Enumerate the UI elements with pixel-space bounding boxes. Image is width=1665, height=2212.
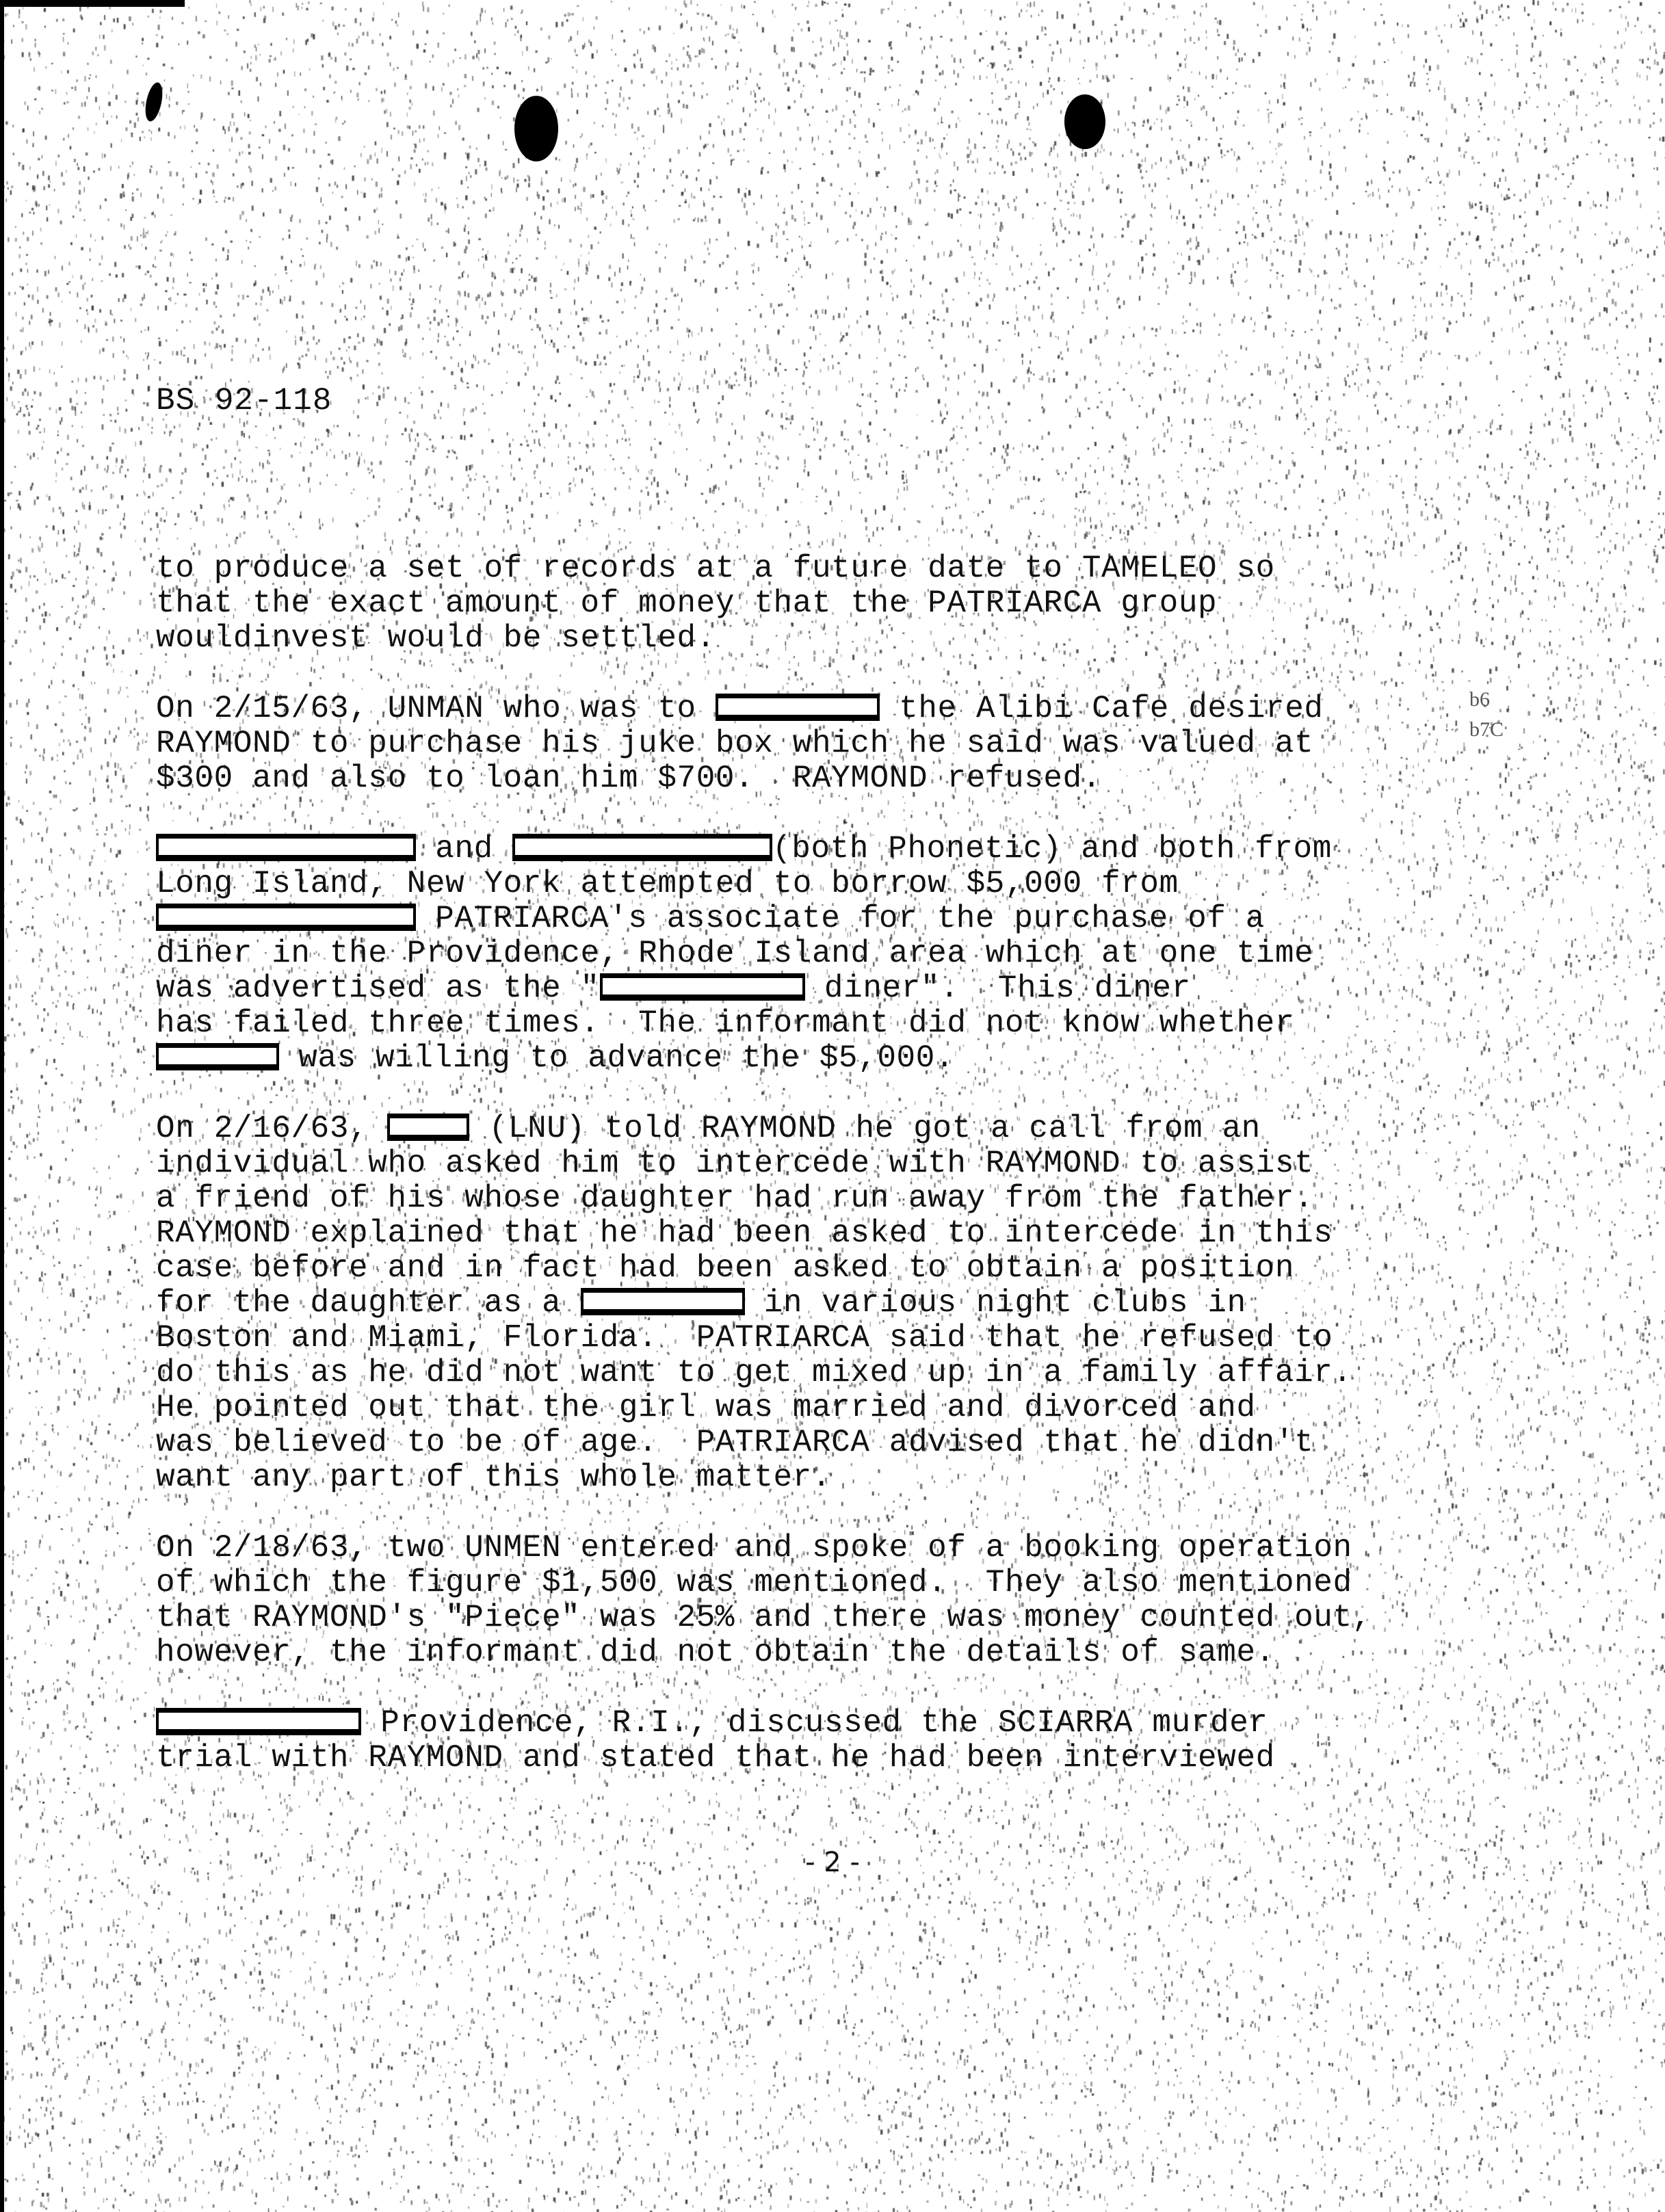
document-body: to produce a set of records at a future … [156, 551, 1456, 1811]
text-line: that RAYMOND's "Piece" was 25% and there… [156, 1601, 1456, 1635]
text-line: however, the informant did not obtain th… [156, 1635, 1456, 1670]
text-segment: (both Phonetic) and both from [772, 831, 1332, 867]
text-line: a friend of his whose daughter had run a… [156, 1181, 1456, 1216]
text-segment: however, the informant did not obtain th… [156, 1635, 1275, 1670]
text-line: was advertised as the " diner". This din… [156, 971, 1456, 1006]
text-line: was willing to advance the $5,000. [156, 1041, 1456, 1076]
text-segment: $300 and also to loan him $700. RAYMOND … [156, 761, 1101, 796]
text-segment: has failed three times. The informant di… [156, 1005, 1294, 1041]
text-segment: individual who asked him to intercede wi… [156, 1146, 1313, 1181]
text-line: Providence, R.I., discussed the SCIARRA … [156, 1706, 1456, 1741]
redaction-box [156, 1708, 361, 1735]
text-line: and (both Phonetic) and both from [156, 832, 1456, 867]
text-segment: do this as he did not want to get mixed … [156, 1355, 1352, 1391]
text-segment: of which the figure $1,500 was mentioned… [156, 1565, 1352, 1601]
text-segment: case before and in fact had been asked t… [156, 1250, 1294, 1286]
punch-hole-icon [142, 81, 166, 122]
text-segment: On 2/18/63, two UNMEN entered and spoke … [156, 1530, 1352, 1566]
text-segment: was advertised as the " [156, 971, 600, 1006]
redaction-box [512, 834, 772, 861]
text-line: On 2/15/63, UNMAN who was to the Alibi C… [156, 692, 1456, 726]
text-line: do this as he did not want to get mixed … [156, 1356, 1456, 1391]
text-segment: RAYMOND explained that he had been asked… [156, 1215, 1333, 1251]
text-segment: diner in the Providence, Rhode Island ar… [156, 936, 1313, 971]
punch-hole-icon [1064, 94, 1105, 149]
text-line: individual who asked him to intercede wi… [156, 1146, 1456, 1181]
text-segment: was believed to be of age. PATRIARCA adv… [156, 1425, 1313, 1460]
text-segment: Long Island, New York attempted to borro… [156, 866, 1179, 901]
paragraph: Providence, R.I., discussed the SCIARRA … [156, 1706, 1456, 1776]
paragraph: to produce a set of records at a future … [156, 551, 1456, 656]
text-segment: want any part of this whole matter. [156, 1460, 831, 1495]
text-line: On 2/18/63, two UNMEN entered and spoke … [156, 1531, 1456, 1566]
text-line: case before and in fact had been asked t… [156, 1251, 1456, 1286]
text-segment: trial with RAYMOND and stated that he ha… [156, 1740, 1275, 1776]
redaction-box [387, 1114, 469, 1141]
file-number: BS 92-118 [156, 383, 332, 419]
text-line: $300 and also to loan him $700. RAYMOND … [156, 761, 1456, 796]
redaction-box [156, 1043, 279, 1070]
redaction-box [600, 973, 805, 1001]
text-line: has failed three times. The informant di… [156, 1006, 1456, 1041]
text-line: RAYMOND explained that he had been asked… [156, 1216, 1456, 1251]
redaction-box [581, 1288, 745, 1315]
text-segment: Boston and Miami, Florida. PATRIARCA sai… [156, 1320, 1333, 1356]
text-segment: (LNU) told RAYMOND he got a call from an [469, 1111, 1260, 1146]
text-line: that the exact amount of money that the … [156, 586, 1456, 621]
text-segment: the Alibi Cafe desired [880, 691, 1324, 726]
text-segment: He pointed out that the girl was married… [156, 1390, 1256, 1425]
text-line: diner in the Providence, Rhode Island ar… [156, 936, 1456, 971]
text-segment: diner". This diner [805, 971, 1191, 1006]
paragraph: On 2/18/63, two UNMEN entered and spoke … [156, 1531, 1456, 1670]
text-segment: wouldinvest would be settled. [156, 620, 716, 656]
paragraph: On 2/16/63, (LNU) told RAYMOND he got a … [156, 1111, 1456, 1495]
exemption-code: b6 [1469, 688, 1490, 711]
text-segment: and [416, 831, 512, 867]
text-line: He pointed out that the girl was married… [156, 1391, 1456, 1425]
text-segment: a friend of his whose daughter had run a… [156, 1181, 1313, 1216]
text-segment: On 2/15/63, UNMAN who was to [156, 691, 716, 726]
text-segment: PATRIARCA's associate for the purchase o… [416, 901, 1265, 936]
text-line: trial with RAYMOND and stated that he ha… [156, 1741, 1456, 1776]
redaction-box [716, 694, 880, 721]
text-segment: for the daughter as a [156, 1285, 581, 1321]
text-segment: Providence, R.I., discussed the SCIARRA … [361, 1705, 1268, 1741]
text-segment: RAYMOND to purchase his juke box which h… [156, 726, 1313, 761]
punch-hole-icon [514, 96, 558, 161]
text-segment: in various night clubs in [745, 1285, 1246, 1321]
redaction-box [156, 904, 416, 931]
exemption-code: b7C [1469, 718, 1504, 741]
scan-edge-left [0, 0, 4, 2212]
text-line: Boston and Miami, Florida. PATRIARCA sai… [156, 1321, 1456, 1356]
text-line: of which the figure $1,500 was mentioned… [156, 1566, 1456, 1601]
text-segment: that the exact amount of money that the … [156, 585, 1217, 621]
paragraph: On 2/15/63, UNMAN who was to the Alibi C… [156, 692, 1456, 796]
document-page: BS 92-118 b6 b7C to produce a set of rec… [0, 0, 1665, 2212]
text-line: wouldinvest would be settled. [156, 621, 1456, 656]
text-segment: was willing to advance the $5,000. [279, 1040, 954, 1076]
text-segment: On 2/16/63, [156, 1111, 387, 1146]
text-line: was believed to be of age. PATRIARCA adv… [156, 1425, 1456, 1460]
text-line: for the daughter as a in various night c… [156, 1286, 1456, 1321]
redaction-box [156, 834, 416, 861]
paragraph: and (both Phonetic) and both fromLong Is… [156, 832, 1456, 1076]
text-line: want any part of this whole matter. [156, 1460, 1456, 1495]
text-segment: to produce a set of records at a future … [156, 551, 1275, 586]
scan-edge-top [0, 0, 185, 7]
text-line: RAYMOND to purchase his juke box which h… [156, 726, 1456, 761]
text-line: PATRIARCA's associate for the purchase o… [156, 901, 1456, 936]
text-line: Long Island, New York attempted to borro… [156, 867, 1456, 901]
text-segment: that RAYMOND's "Piece" was 25% and there… [156, 1600, 1372, 1635]
text-line: to produce a set of records at a future … [156, 551, 1456, 586]
page-number: - 2 - [0, 1847, 1665, 1878]
text-line: On 2/16/63, (LNU) told RAYMOND he got a … [156, 1111, 1456, 1146]
